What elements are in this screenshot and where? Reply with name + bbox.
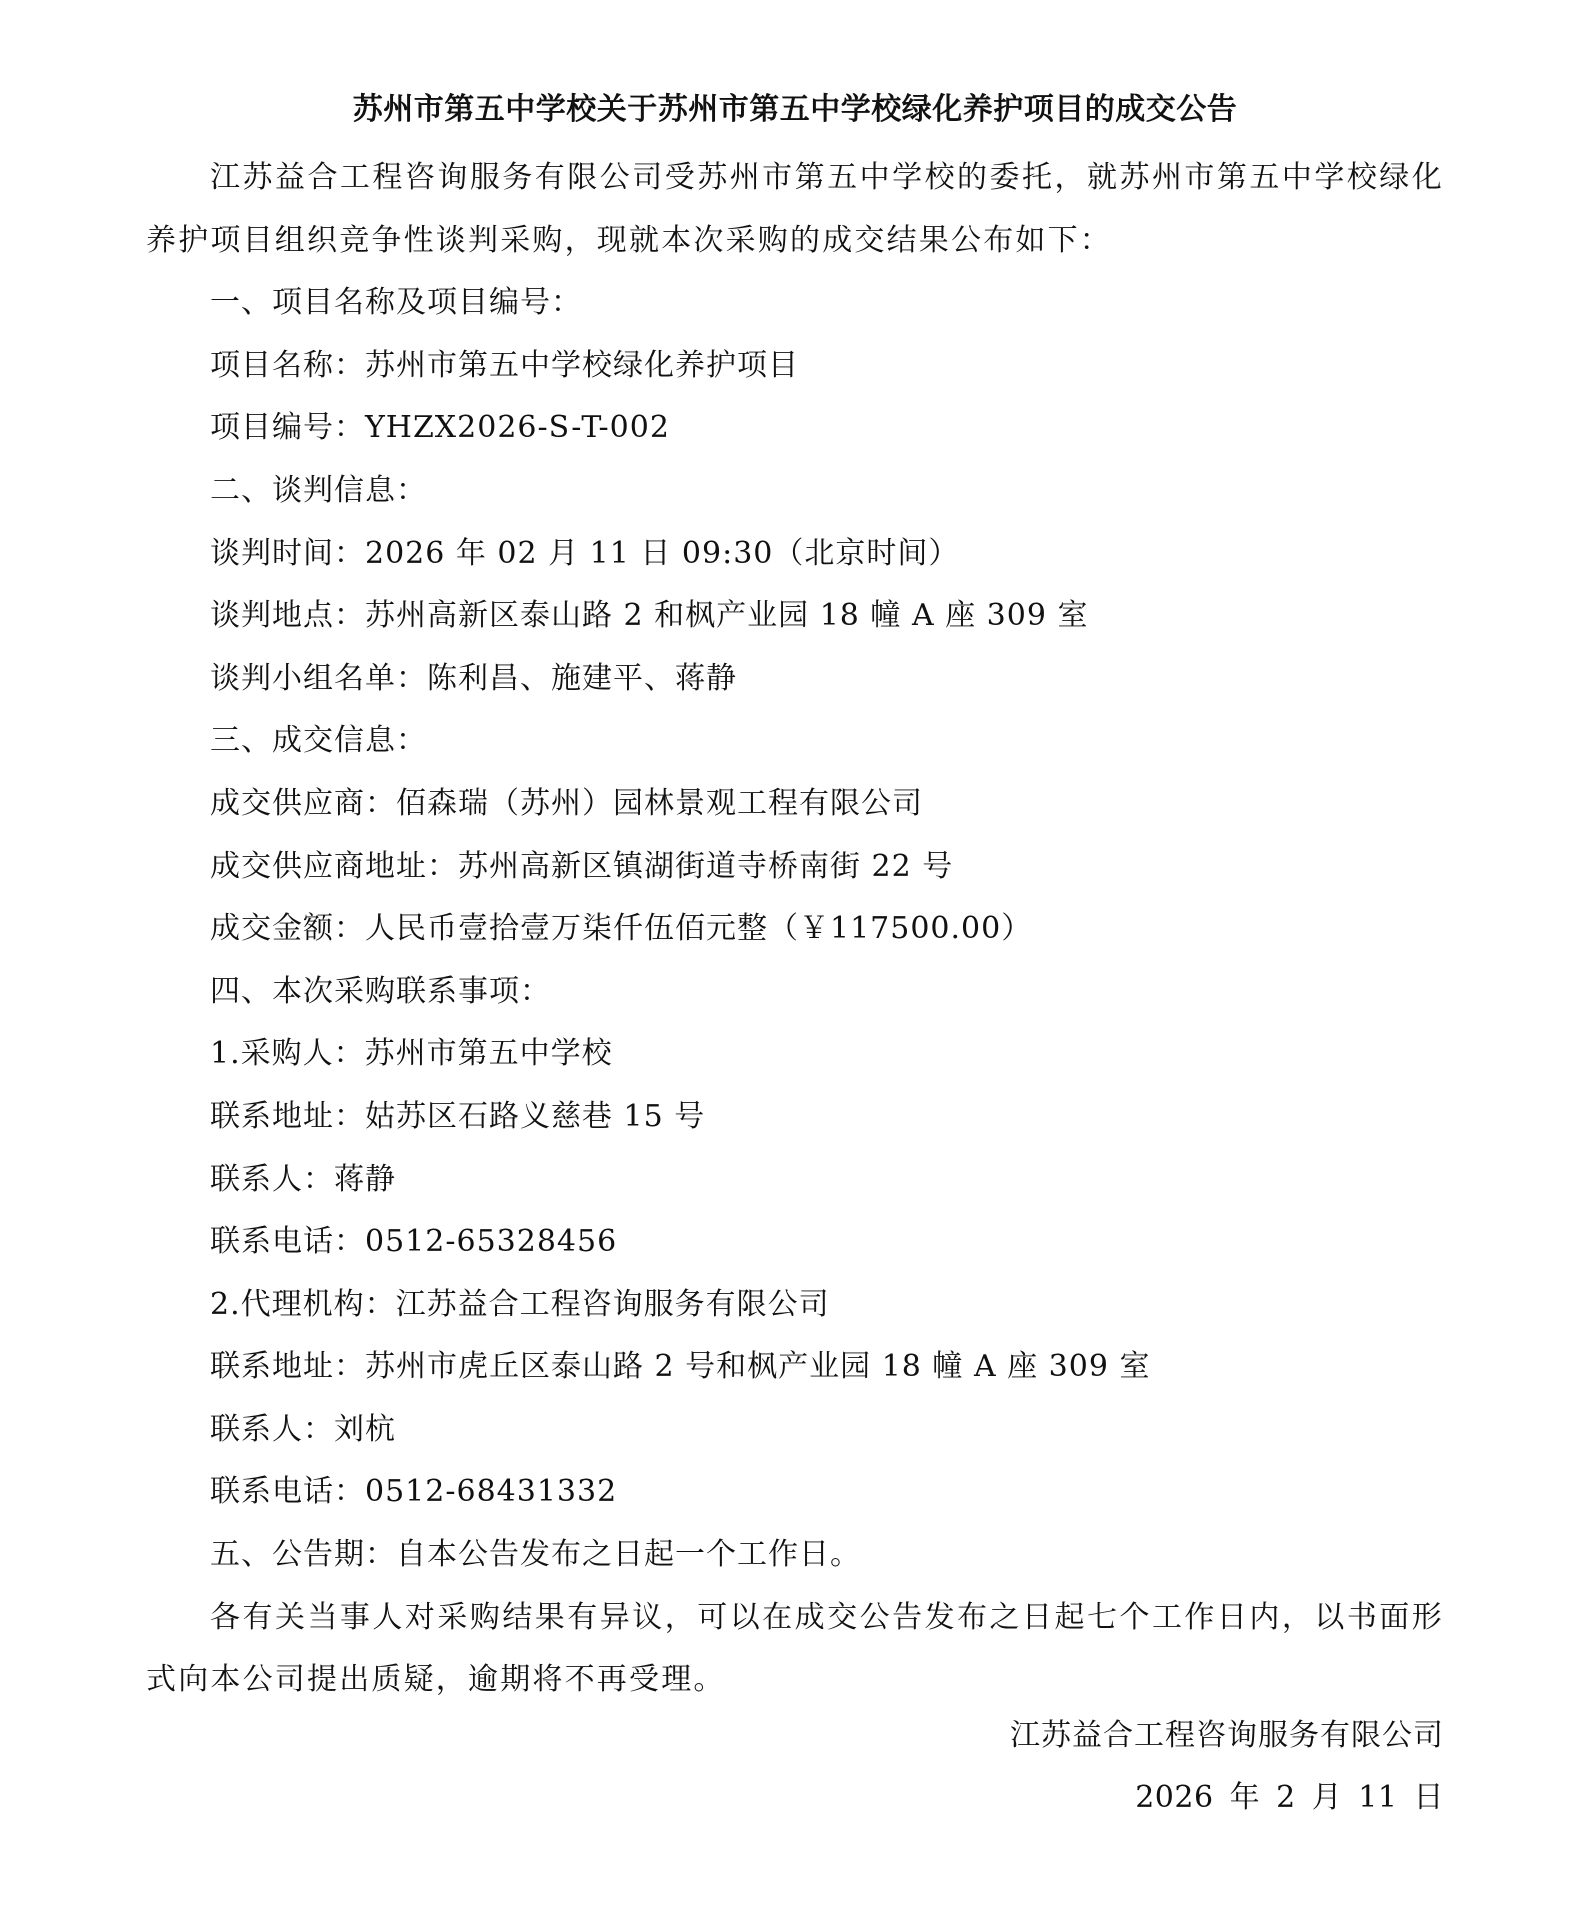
winning-supplier: 成交供应商：佰森瑞（苏州）园林景观工程有限公司 xyxy=(146,773,1444,836)
negotiation-time: 谈判时间：2026 年 02 月 11 日 09:30（北京时间） xyxy=(146,523,1444,586)
negotiation-location: 谈判地点：苏州高新区泰山路 2 和枫产业园 18 幢 A 座 309 室 xyxy=(146,585,1444,648)
purchaser-phone: 联系电话：0512-65328456 xyxy=(146,1211,1444,1274)
signature-company: 江苏益合工程咨询服务有限公司 xyxy=(1010,1714,1444,1758)
agency-address: 联系地址：苏州市虎丘区泰山路 2 号和枫产业园 18 幢 A 座 309 室 xyxy=(146,1336,1444,1399)
section-2-heading: 二、谈判信息： xyxy=(146,460,1444,523)
purchaser-address: 联系地址：姑苏区石路义慈巷 15 号 xyxy=(146,1086,1444,1149)
signature-date: 2026 年 2 月 11 日 xyxy=(1135,1776,1444,1820)
document-title: 苏州市第五中学校关于苏州市第五中学校绿化养护项目的成交公告 xyxy=(146,88,1444,132)
contract-amount: 成交金额：人民币壹拾壹万柒仟伍佰元整（￥117500.00） xyxy=(146,898,1444,961)
agency: 2.代理机构：江苏益合工程咨询服务有限公司 xyxy=(146,1274,1444,1337)
objection-notice: 各有关当事人对采购结果有异议，可以在成交公告发布之日起七个工作日内，以书面形式向… xyxy=(146,1587,1444,1712)
intro-paragraph: 江苏益合工程咨询服务有限公司受苏州市第五中学校的委托，就苏州市第五中学校绿化养护… xyxy=(146,147,1444,272)
agency-contact: 联系人：刘杭 xyxy=(146,1399,1444,1462)
agency-phone: 联系电话：0512-68431332 xyxy=(146,1461,1444,1524)
purchaser: 1.采购人：苏州市第五中学校 xyxy=(146,1023,1444,1086)
section-4-heading: 四、本次采购联系事项： xyxy=(146,961,1444,1024)
negotiation-panel: 谈判小组名单：陈利昌、施建平、蒋静 xyxy=(146,648,1444,711)
document-body: 江苏益合工程咨询服务有限公司受苏州市第五中学校的委托，就苏州市第五中学校绿化养护… xyxy=(146,147,1444,1712)
purchaser-contact: 联系人：蒋静 xyxy=(146,1149,1444,1212)
supplier-address: 成交供应商地址：苏州高新区镇湖街道寺桥南街 22 号 xyxy=(146,836,1444,899)
section-5-heading: 五、公告期：自本公告发布之日起一个工作日。 xyxy=(146,1524,1444,1587)
section-3-heading: 三、成交信息： xyxy=(146,710,1444,773)
project-number: 项目编号：YHZX2026-S-T-002 xyxy=(146,397,1444,460)
section-1-heading: 一、项目名称及项目编号： xyxy=(146,272,1444,335)
project-name: 项目名称：苏州市第五中学校绿化养护项目 xyxy=(146,335,1444,398)
